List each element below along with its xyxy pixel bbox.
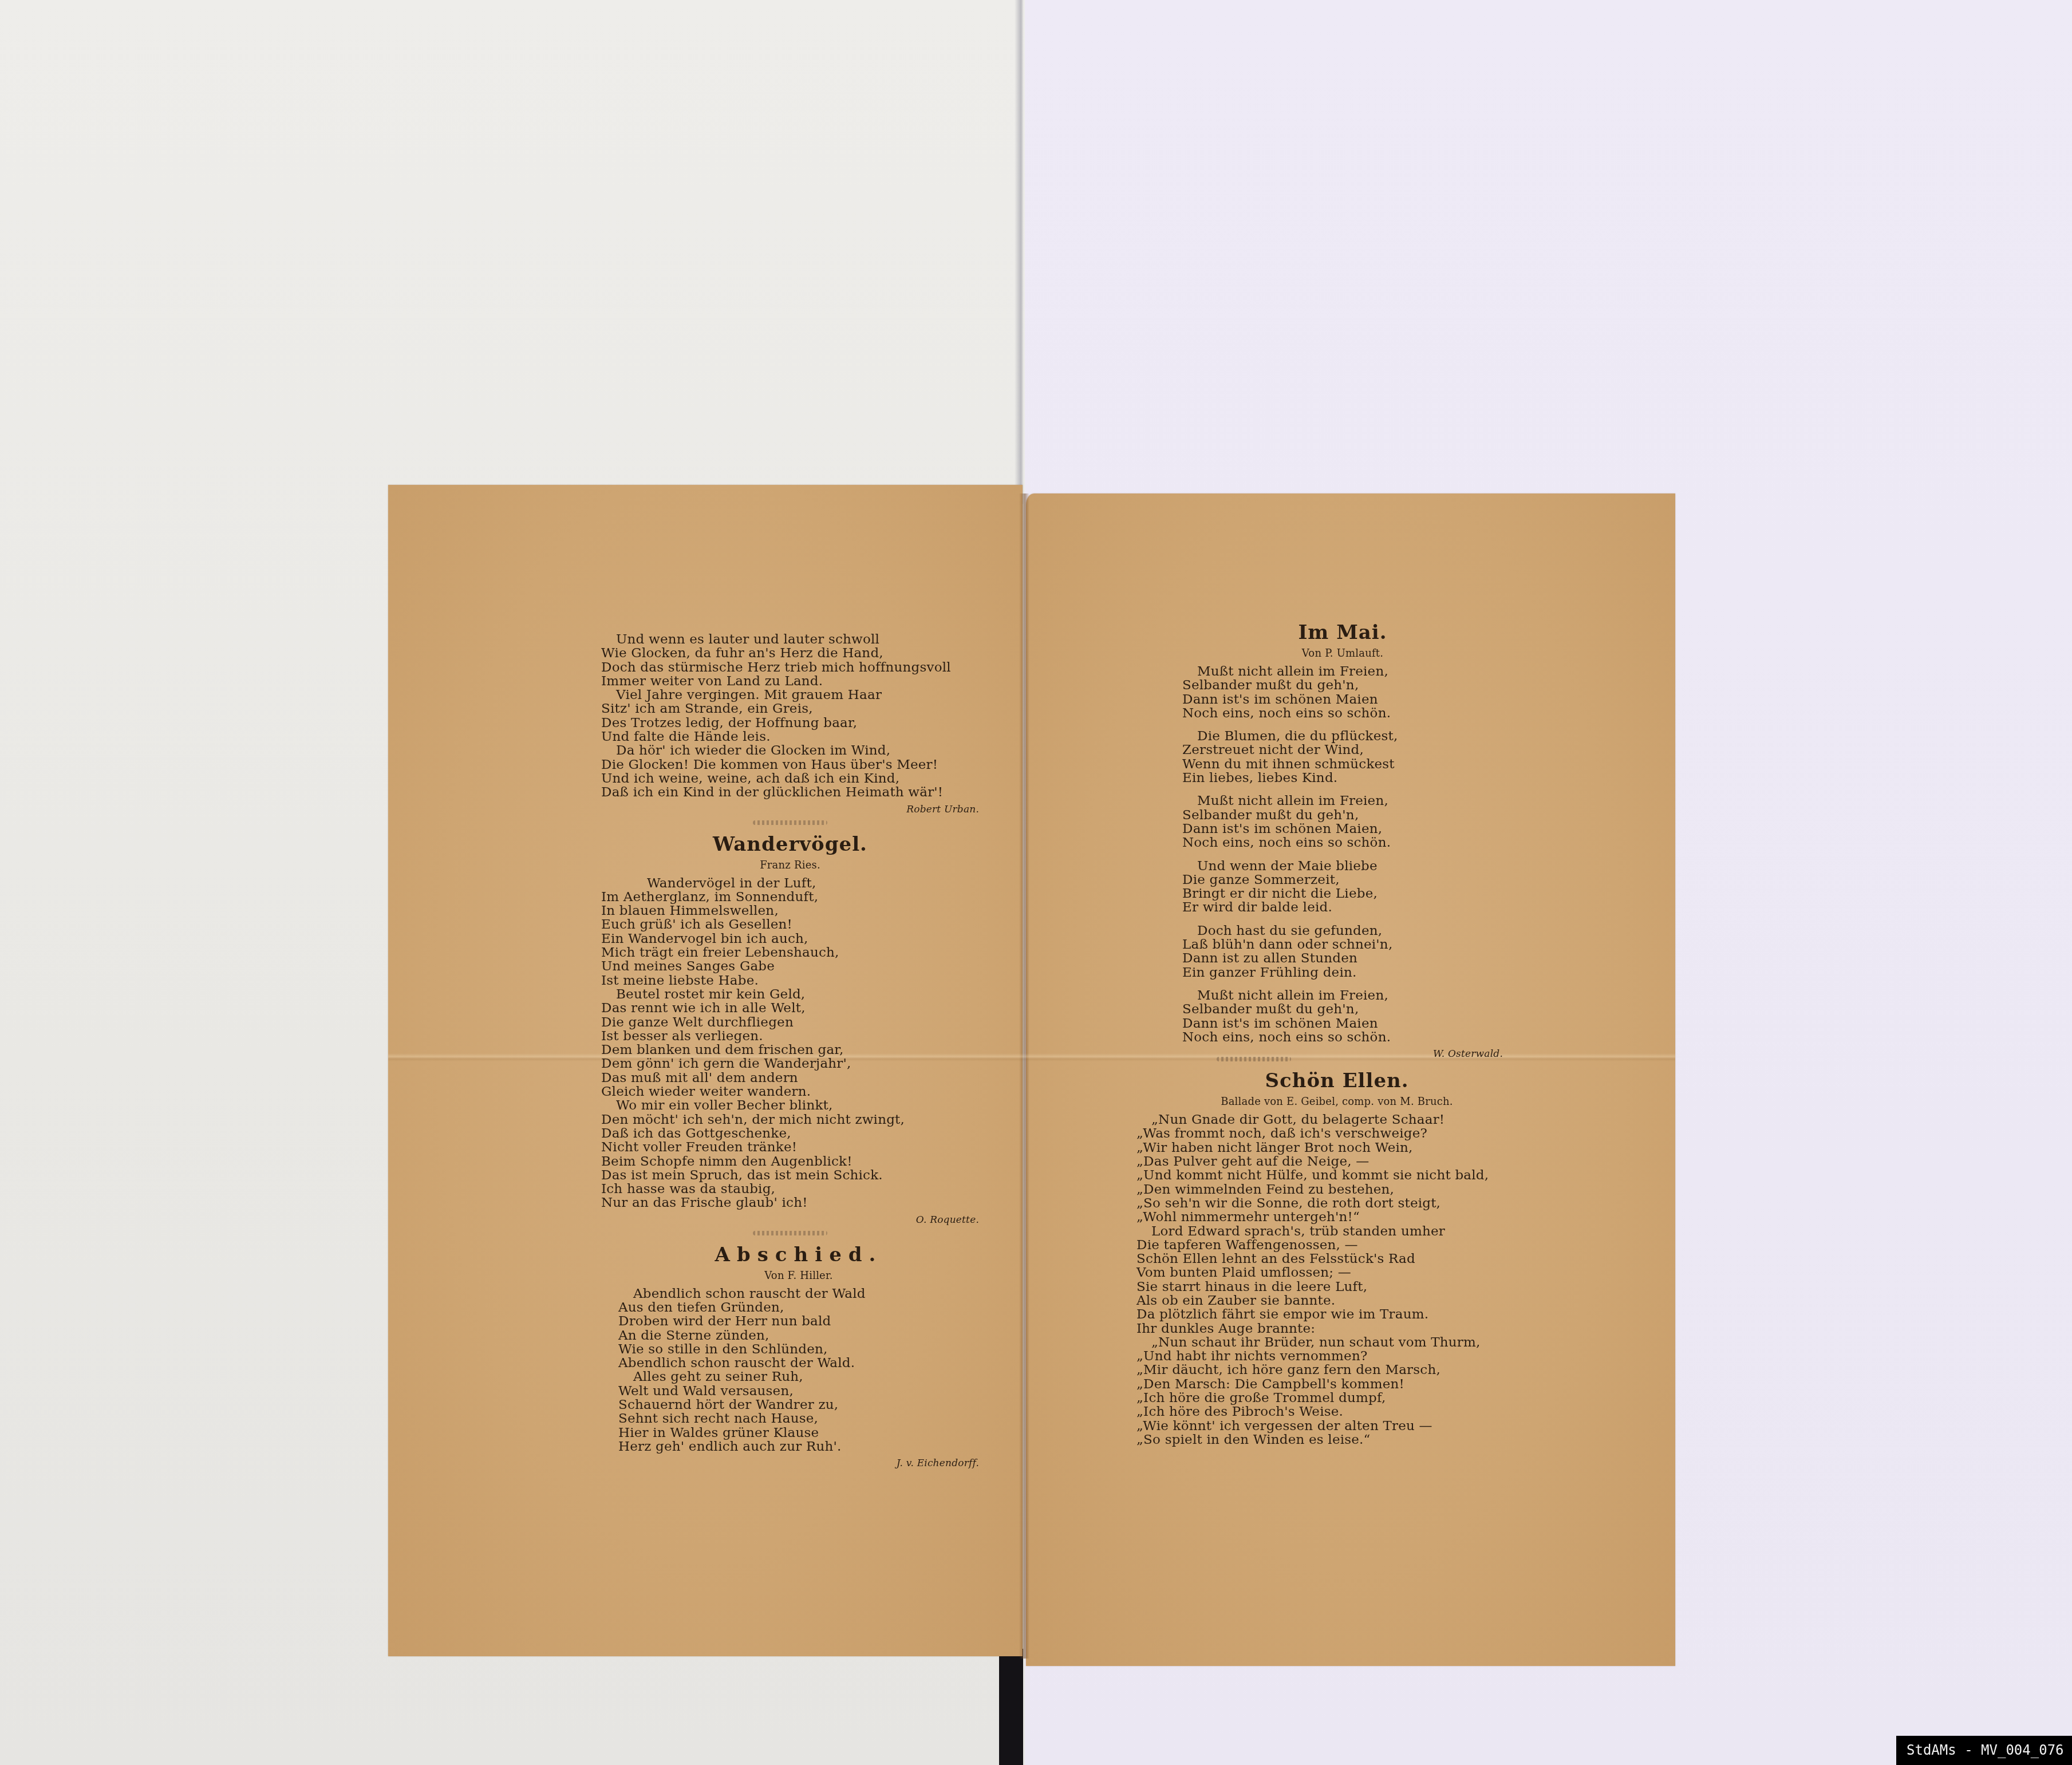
poem-author: W. Osterwald. xyxy=(1136,1048,1503,1060)
verse-line: Abendlich schon rauscht der Wald. xyxy=(618,1356,979,1370)
poem-abschied: Abschied. Von F. Hiller. Abendlich schon… xyxy=(601,1243,979,1470)
verse-line: Selbander mußt du geh'n, xyxy=(1182,808,1503,822)
poem-title: Abschied. xyxy=(618,1243,979,1266)
verse-line: Schön Ellen lehnt an des Felsstück's Rad xyxy=(1136,1252,1537,1266)
verse-line: Noch eins, noch eins so schön. xyxy=(1182,1030,1503,1044)
verse-line: Ihr dunkles Auge brannte: xyxy=(1136,1322,1537,1336)
verse-line: „Ich höre des Pibroch's Weise. xyxy=(1136,1405,1537,1419)
verse-line: Ist meine liebste Habe. xyxy=(601,974,979,988)
verse-line: Herz geh' endlich auch zur Ruh'. xyxy=(618,1440,979,1454)
backing-sheet-edge xyxy=(1015,0,1024,504)
verse-line: Noch eins, noch eins so schön. xyxy=(1182,706,1503,720)
poem-author: O. Roquette. xyxy=(601,1214,979,1226)
poem-schoen-ellen: Schön Ellen. Ballade von E. Geibel, comp… xyxy=(1136,1069,1537,1447)
verse-line: Die Glocken! Die kommen von Haus über's … xyxy=(601,758,979,772)
left-page-text: Und wenn es lauter und lauter schwoll Wi… xyxy=(601,633,979,1470)
verse-line: Und falte die Hände leis. xyxy=(601,730,979,744)
ornamental-divider xyxy=(753,820,827,825)
verse-line: Die ganze Sommerzeit, xyxy=(1182,873,1503,887)
verse-line: Mußt nicht allein im Freien, xyxy=(1182,989,1503,1002)
verse-line: Das rennt wie ich in alle Welt, xyxy=(601,1001,979,1015)
verse-line: Die ganze Welt durchfliegen xyxy=(601,1016,979,1029)
verse-line: Ein ganzer Frühling dein. xyxy=(1182,966,1503,980)
verse-line: Gleich wieder weiter wandern. xyxy=(601,1085,979,1099)
verse-line: Wenn du mit ihnen schmückest xyxy=(1182,757,1503,771)
poem-urban-continued: Und wenn es lauter und lauter schwoll Wi… xyxy=(601,633,979,816)
poem-im-mai: Im Mai. Von P. Umlauft. Mußt nicht allei… xyxy=(1136,621,1503,1044)
verse-line: Dann ist's im schönen Maien, xyxy=(1182,822,1503,836)
verse-line: Mich trägt ein freier Lebenshauch, xyxy=(601,946,979,960)
poem-composer: Ballade von E. Geibel, comp. von M. Bruc… xyxy=(1136,1096,1537,1108)
verse-line: „Was frommt noch, daß ich's verschweige? xyxy=(1136,1127,1537,1140)
poem-title: Schön Ellen. xyxy=(1136,1069,1537,1092)
verse-line: Die Blumen, die du pflückest, xyxy=(1182,729,1503,743)
verse-line: Beim Schopfe nimm den Augenblick! xyxy=(601,1155,979,1168)
verse-line: Noch eins, noch eins so schön. xyxy=(1182,836,1503,850)
verse-line: Wo mir ein voller Becher blinkt, xyxy=(601,1099,979,1112)
verse-line: Das muß mit all' dem andern xyxy=(601,1071,979,1085)
verse-line: „So seh'n wir die Sonne, die roth dort s… xyxy=(1136,1197,1537,1210)
verse-line: Sie starrt hinaus in die leere Luft, xyxy=(1136,1280,1537,1294)
verse-line: Euch grüß' ich als Gesellen! xyxy=(601,918,979,931)
verse-line: Das ist mein Spruch, das ist mein Schick… xyxy=(601,1168,979,1182)
verse-line: Schauernd hört der Wandrer zu, xyxy=(618,1398,979,1412)
poem-wandervoegel: Wandervögel. Franz Ries. Wandervögel in … xyxy=(601,833,979,1226)
verse-line: „Und kommt nicht Hülfe, und kommt sie ni… xyxy=(1136,1168,1537,1182)
poem-composer: Von F. Hiller. xyxy=(618,1270,979,1282)
verse-line: Dem gönn' ich gern die Wanderjahr', xyxy=(601,1057,979,1071)
verse-line: Da plötzlich fährt sie empor wie im Trau… xyxy=(1136,1308,1537,1321)
verse-line: „So spielt in den Winden es leise.“ xyxy=(1136,1433,1537,1447)
verse-line: „Nun Gnade dir Gott, du belagerte Schaar… xyxy=(1136,1113,1537,1127)
verse-line: Im Aetherglanz, im Sonnenduft, xyxy=(601,890,979,904)
verse-line: „Den Marsch: Die Campbell's kommen! xyxy=(1136,1377,1537,1391)
verse-line: Ein Wandervogel bin ich auch, xyxy=(601,932,979,946)
verse-line: Und ich weine, weine, ach daß ich ein Ki… xyxy=(601,772,979,785)
verse-line: „Und habt ihr nichts vernommen? xyxy=(1136,1349,1537,1363)
stanza-gap xyxy=(1182,720,1503,729)
verse-line: Dem blanken und dem frischen gar, xyxy=(601,1043,979,1057)
verse-line: Immer weiter von Land zu Land. xyxy=(601,674,979,688)
verse-line: Lord Edward sprach's, trüb standen umher xyxy=(1136,1225,1537,1238)
verse-line: Sehnt sich recht nach Hause, xyxy=(618,1412,979,1426)
verse-line: Mußt nicht allein im Freien, xyxy=(1182,794,1503,808)
verse-line: Vom bunten Plaid umflossen; — xyxy=(1136,1266,1537,1280)
stanza-gap xyxy=(1182,785,1503,794)
ornamental-divider xyxy=(1217,1057,1291,1061)
verse-line: Bringt er dir nicht die Liebe, xyxy=(1182,887,1503,901)
verse-line: Welt und Wald versausen, xyxy=(618,1384,979,1398)
ornamental-divider xyxy=(753,1231,827,1235)
poem-composer: Franz Ries. xyxy=(601,859,979,872)
verse-line: Mußt nicht allein im Freien, xyxy=(1182,665,1503,678)
stanza-gap xyxy=(1182,850,1503,859)
verse-line: Abendlich schon rauscht der Wald xyxy=(618,1287,979,1301)
poem-composer: Von P. Umlauft. xyxy=(1182,647,1503,660)
verse-line: Doch hast du sie gefunden, xyxy=(1182,924,1503,938)
poem-title: Wandervögel. xyxy=(601,833,979,856)
verse-line: Und meines Sanges Gabe xyxy=(601,960,979,973)
verse-line: Wandervögel in der Luft, xyxy=(601,876,979,890)
verse-line: „Wir haben nicht länger Brot noch Wein, xyxy=(1136,1141,1537,1155)
verse-line: „Mir däucht, ich höre ganz fern den Mars… xyxy=(1136,1363,1537,1377)
page-gutter xyxy=(1019,493,1029,1659)
verse-line: Und wenn es lauter und lauter schwoll xyxy=(601,633,979,646)
verse-line: Dann ist zu allen Stunden xyxy=(1182,951,1503,965)
binding-spine xyxy=(999,1649,1023,1765)
verse-line: Die tapferen Waffengenossen, — xyxy=(1136,1238,1537,1252)
verse-line: Nicht voller Freuden tränke! xyxy=(601,1140,979,1154)
verse-line: „Wohl nimmermehr untergeh'n!“ xyxy=(1136,1210,1537,1224)
verse-line: Dann ist's im schönen Maien xyxy=(1182,1017,1503,1030)
verse-line: Laß blüh'n dann oder schnei'n, xyxy=(1182,938,1503,951)
verse-line: Selbander mußt du geh'n, xyxy=(1182,678,1503,692)
verse-line: Sitz' ich am Strande, ein Greis, xyxy=(601,702,979,716)
verse-line: „Das Pulver geht auf die Neige, — xyxy=(1136,1155,1537,1168)
verse-line: Ist besser als verliegen. xyxy=(601,1029,979,1043)
verse-line: Den möcht' ich seh'n, der mich nicht zwi… xyxy=(601,1113,979,1127)
verse-line: Daß ich das Gottgeschenke, xyxy=(601,1127,979,1140)
verse-line: Doch das stürmische Herz trieb mich hoff… xyxy=(601,661,979,674)
verse-line: Droben wird der Herr nun bald xyxy=(618,1314,979,1328)
verse-line: Aus den tiefen Gründen, xyxy=(618,1301,979,1314)
stanza-gap xyxy=(1182,915,1503,924)
verse-line: Zerstreuet nicht der Wind, xyxy=(1182,743,1503,757)
verse-line: Dann ist's im schönen Maien xyxy=(1182,693,1503,706)
verse-line: „Nun schaut ihr Brüder, nun schaut vom T… xyxy=(1136,1336,1537,1349)
verse-line: Wie so stille in den Schlünden, xyxy=(618,1342,979,1356)
verse-line: Und wenn der Maie bliebe xyxy=(1182,859,1503,873)
verse-line: „Ich höre die große Trommel dumpf, xyxy=(1136,1391,1537,1405)
stanza-gap xyxy=(1182,980,1503,989)
verse-line: Hier in Waldes grüner Klause xyxy=(618,1426,979,1440)
archive-reference-label: StdAMs - MV_004_076 xyxy=(1896,1736,2072,1765)
verse-line: Selbander mußt du geh'n, xyxy=(1182,1002,1503,1016)
poem-author: J. v. Eichendorff. xyxy=(618,1457,979,1470)
verse-line: Viel Jahre vergingen. Mit grauem Haar xyxy=(601,688,979,702)
verse-line: Alles geht zu seiner Ruh, xyxy=(618,1370,979,1384)
poem-author: Robert Urban. xyxy=(601,803,979,816)
verse-line: „Den wimmelnden Feind zu bestehen, xyxy=(1136,1183,1537,1197)
verse-line: Nur an das Frische glaub' ich! xyxy=(601,1196,979,1210)
verse-line: Als ob ein Zauber sie bannte. xyxy=(1136,1294,1537,1308)
poem-title: Im Mai. xyxy=(1182,621,1503,644)
verse-line: In blauen Himmelswellen, xyxy=(601,904,979,918)
verse-line: Beutel rostet mir kein Geld, xyxy=(601,988,979,1001)
verse-line: Daß ich ein Kind in der glücklichen Heim… xyxy=(601,785,979,799)
verse-line: Ein liebes, liebes Kind. xyxy=(1182,771,1503,785)
verse-line: „Wie könnt' ich vergessen der alten Treu… xyxy=(1136,1419,1537,1433)
verse-line: Er wird dir balde leid. xyxy=(1182,901,1503,914)
verse-line: Ich hasse was da staubig, xyxy=(601,1182,979,1196)
right-page-text: Im Mai. Von P. Umlauft. Mußt nicht allei… xyxy=(1136,621,1537,1447)
verse-line: Wie Glocken, da fuhr an's Herz die Hand, xyxy=(601,646,979,660)
verse-line: An die Sterne zünden, xyxy=(618,1329,979,1342)
verse-line: Da hör' ich wieder die Glocken im Wind, xyxy=(601,744,979,757)
verse-line: Des Trotzes ledig, der Hoffnung baar, xyxy=(601,716,979,730)
